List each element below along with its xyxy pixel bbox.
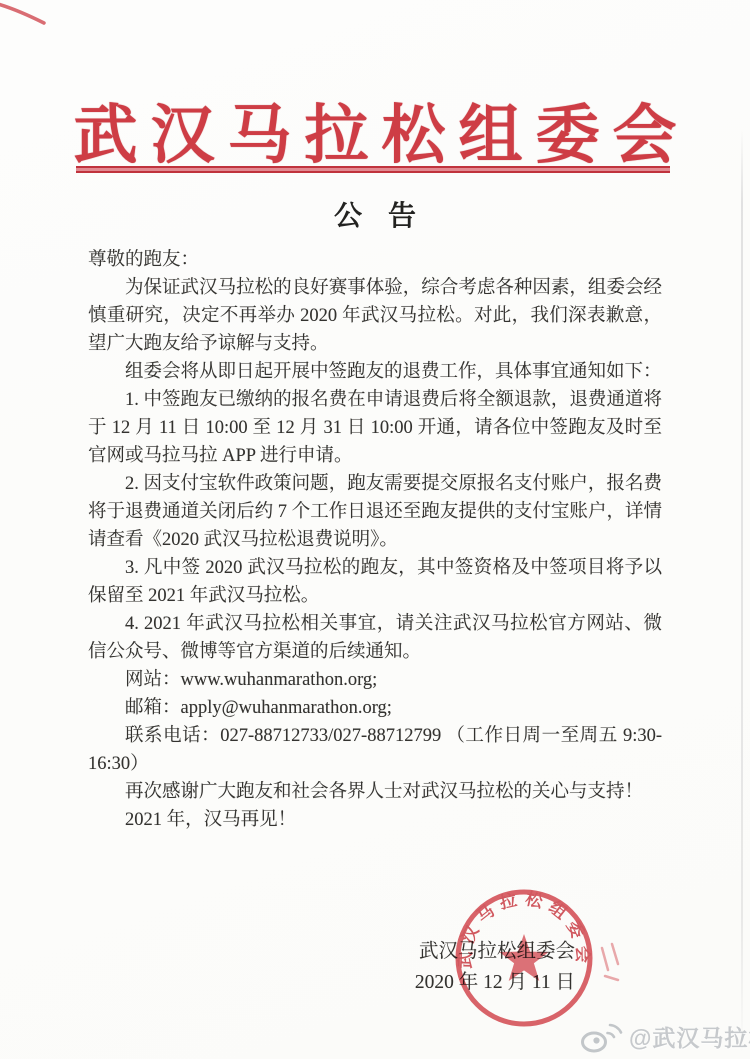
salutation: 尊敬的跑友： [88,246,662,274]
watermark-handle: @武汉马拉松 [629,1020,750,1053]
email-line: 邮箱：apply@wuhanmarathon.org; [88,694,662,722]
red-pen-mark [0,0,60,32]
paragraph-item-3: 3. 凡中签 2020 武汉马拉松的跑友，其中签资格及中签项目将予以保留至 20… [88,554,662,610]
red-header-rule [76,166,670,173]
seal-ink-smudge [597,936,627,986]
notice-title: 公告 [0,194,750,234]
notice-body: 尊敬的跑友： 为保证武汉马拉松的良好赛事体验，综合考虑各种因素，组委会经慎重研究… [88,246,662,834]
official-seal: 武汉马拉松组委会 [444,878,604,1038]
thanks-line: 再次感谢广大跑友和社会各界人士对武汉马拉松的关心与支持！ [88,778,662,806]
phone-line: 联系电话：027-88712733/027-88712799 （工作日周一至周五… [88,722,662,778]
paper-edge-line [741,128,743,1053]
watermark: @武汉马拉松 [580,1018,750,1054]
paragraph-item-2: 2. 因支付宝软件政策问题，跑友需要提交原报名支付账户，报名费将于退费通道关闭后… [88,470,662,554]
scanned-announcement-page: 武汉马拉松组委会 公告 尊敬的跑友： 为保证武汉马拉松的良好赛事体验，综合考虑各… [0,0,750,1059]
paragraph: 为保证武汉马拉松的良好赛事体验，综合考虑各种因素，组委会经慎重研究，决定不再举办… [88,274,662,358]
weibo-icon [580,1018,624,1054]
paragraph: 组委会将从即日起开展中签跑友的退费工作，具体事宜通知如下： [88,358,662,386]
seal-star-icon [499,934,548,981]
website-line: 网站：www.wuhanmarathon.org; [88,666,662,694]
paragraph-item-1: 1. 中签跑友已缴纳的报名费在申请退费后将全额退款，退费通道将于 12 月 11… [88,386,662,470]
paragraph-item-4: 4. 2021 年武汉马拉松相关事宜，请关注武汉马拉松官方网站、微信公众号、微博… [88,610,662,666]
org-title: 武汉马拉松组委会 [0,84,750,176]
farewell-line: 2021 年，汉马再见！ [88,806,662,834]
